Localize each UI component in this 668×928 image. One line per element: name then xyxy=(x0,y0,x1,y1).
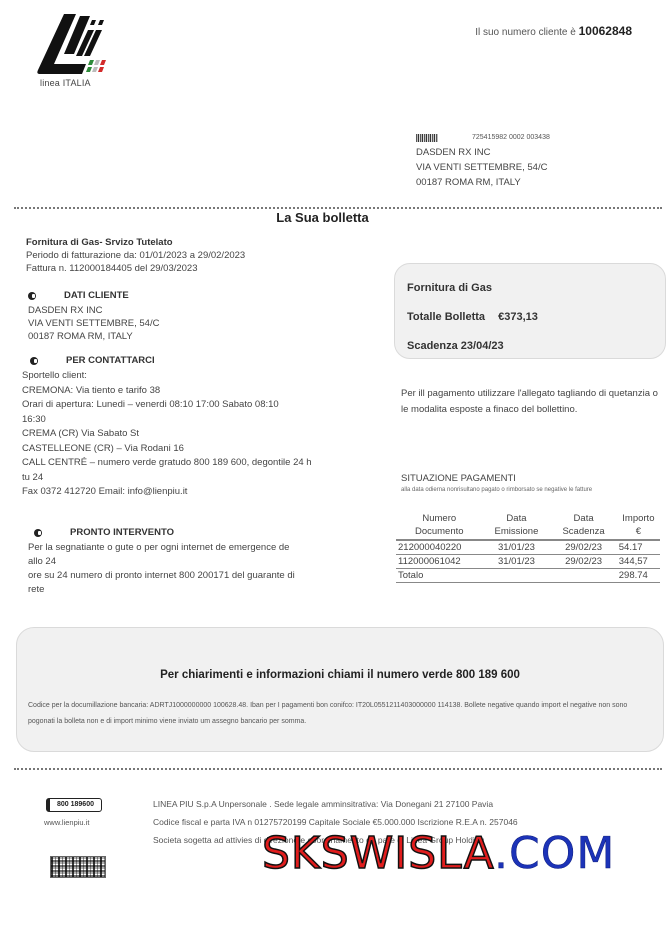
customer-data-section: DATI CLIENTE DASDEN RX INC VIA VENTI SET… xyxy=(28,290,159,343)
col-header: Data Scadenza xyxy=(550,512,616,540)
emergency-line: rete xyxy=(28,583,368,597)
recipient-line: VIA VENTI SETTEMBRE, 54/C xyxy=(416,160,550,175)
total-amount: 298.74 xyxy=(617,569,660,583)
payments-title: SITUAZIONE PAGAMENTI xyxy=(401,473,516,484)
watermark-part1: SKSWISLA xyxy=(262,828,494,879)
contact-line: Fax 0372 412720 Email: info@lienpiu.it xyxy=(22,485,372,500)
table-total-row: Totalo 298.74 xyxy=(396,569,660,583)
client-number-label: Il suo numero cliente è xyxy=(475,27,576,38)
section-heading: PER CONTATTARCI xyxy=(66,355,155,366)
table-row: 112000061042 31/01/23 29/02/23 344,57 xyxy=(396,555,660,569)
page-title: La Sua bolletta xyxy=(0,210,645,225)
postal-barcode-icon xyxy=(416,134,438,142)
recipient-line: DASDEN RX INC xyxy=(416,145,550,160)
summary-supply: Fornitura di Gas xyxy=(407,274,653,303)
contact-line: CREMA (CR) Via Sabato St xyxy=(22,427,372,442)
linea-italia-logo-icon xyxy=(36,12,116,82)
issue-date: 31/01/23 xyxy=(483,540,551,555)
section-bullet-icon xyxy=(34,529,42,537)
billing-period: Periodo di fatturazione da: 01/01/2023 a… xyxy=(26,249,245,262)
info-title: Per chiarimenti e informazioni chiami il… xyxy=(17,669,663,681)
total-label: Totalo xyxy=(396,569,483,583)
emergency-line: ore su 24 numero di pronto internet 800 … xyxy=(28,569,368,583)
col-header: Numero Documento xyxy=(396,512,483,540)
info-text: Codice per la documillazione bancaria: A… xyxy=(28,698,653,730)
website-link[interactable]: www.lienpiu.it xyxy=(44,818,89,827)
amount: 54.17 xyxy=(617,540,660,555)
table-row: 212000040220 31/01/23 29/02/23 54.17 xyxy=(396,540,660,555)
recipient-code: 725415982 0002 003438 xyxy=(472,130,550,145)
bill-summary-box: Fornitura di Gas Totalle Bolletta €373,1… xyxy=(394,263,666,359)
dotted-divider xyxy=(14,207,662,209)
contact-line: CASTELLEONE (CR) – Via Rodani 16 xyxy=(22,442,372,457)
supply-info: Fornitura di Gas- Srvizo Tutelato Period… xyxy=(26,236,245,275)
total-amount: €373,13 xyxy=(498,311,538,323)
logo-caption: linea ITALIA xyxy=(40,78,91,88)
watermark-part2: .COM xyxy=(494,828,615,879)
contact-line: tu 24 xyxy=(22,471,372,486)
summary-total: Totalle Bolletta €373,13 xyxy=(407,303,653,332)
client-number-value: 10062848 xyxy=(579,24,632,38)
datamatrix-code-icon xyxy=(50,856,106,878)
emergency-line: Per la segnatiante o gute o per ogni int… xyxy=(28,541,368,555)
recipient-line: 00187 ROMA RM, ITALY xyxy=(416,175,550,190)
col-header: Data Emissione xyxy=(483,512,551,540)
client-number: Il suo numero cliente è 10062848 xyxy=(475,24,632,38)
invoice-number: Fattura n. 112000184405 del 29/03/2023 xyxy=(26,262,245,275)
payments-subtitle: alla data odierna nonrisultano pagato o … xyxy=(401,486,641,495)
doc-number: 112000061042 xyxy=(396,555,483,569)
legal-line: LINEA PIU S.p.A Unpersonale . Sede legal… xyxy=(153,795,518,813)
table-header-row: Numero Documento Data Emissione Data Sca… xyxy=(396,512,660,540)
recipient-address: 725415982 0002 003438 DASDEN RX INC VIA … xyxy=(416,130,550,190)
due-date: 29/02/23 xyxy=(550,540,616,555)
customer-line: 00187 ROMA RM, ITALY xyxy=(28,330,159,343)
contact-line: Orari di apertura: Lunedi – venerdi 08:1… xyxy=(22,398,372,413)
payment-note: Per ill pagamento utilizzare l'allegato … xyxy=(401,386,663,417)
section-bullet-icon xyxy=(28,292,36,300)
col-header: Importo € xyxy=(617,512,660,540)
info-box: Per chiarimenti e informazioni chiami il… xyxy=(16,627,664,752)
watermark: SKSWISLA.COM xyxy=(262,826,615,882)
issue-date: 31/01/23 xyxy=(483,555,551,569)
dotted-divider xyxy=(14,768,662,770)
total-label: Totalle Bolletta xyxy=(407,311,485,323)
summary-due-date: Scadenza 23/04/23 xyxy=(407,332,653,361)
contact-line: Sportello client: xyxy=(22,369,372,384)
supply-title: Fornitura di Gas- Srvizo Tutelato xyxy=(26,236,245,249)
due-date: 29/02/23 xyxy=(550,555,616,569)
contacts-section: PER CONTATTARCI Sportello client: CREMON… xyxy=(22,355,372,500)
doc-number: 212000040220 xyxy=(396,540,483,555)
emergency-section: PRONTO INTERVENTO Per la segnatiante o g… xyxy=(28,527,368,597)
contact-line: 16:30 xyxy=(22,413,372,428)
section-heading: PRONTO INTERVENTO xyxy=(70,527,174,538)
section-bullet-icon xyxy=(30,357,38,365)
amount: 344,57 xyxy=(617,555,660,569)
customer-line: DASDEN RX INC xyxy=(28,304,159,317)
contact-line: CREMONA: Via tiento e tarifo 38 xyxy=(22,384,372,399)
customer-line: VIA VENTI SETTEMBRE, 54/C xyxy=(28,317,159,330)
phone-badge: 800 189600 xyxy=(46,798,102,812)
emergency-line: allo 24 xyxy=(28,555,368,569)
payments-table: Numero Documento Data Emissione Data Sca… xyxy=(396,512,660,583)
section-heading: DATI CLIENTE xyxy=(64,290,129,301)
contact-line: CALL CENTRÉ – numero verde gratudo 800 1… xyxy=(22,456,372,471)
